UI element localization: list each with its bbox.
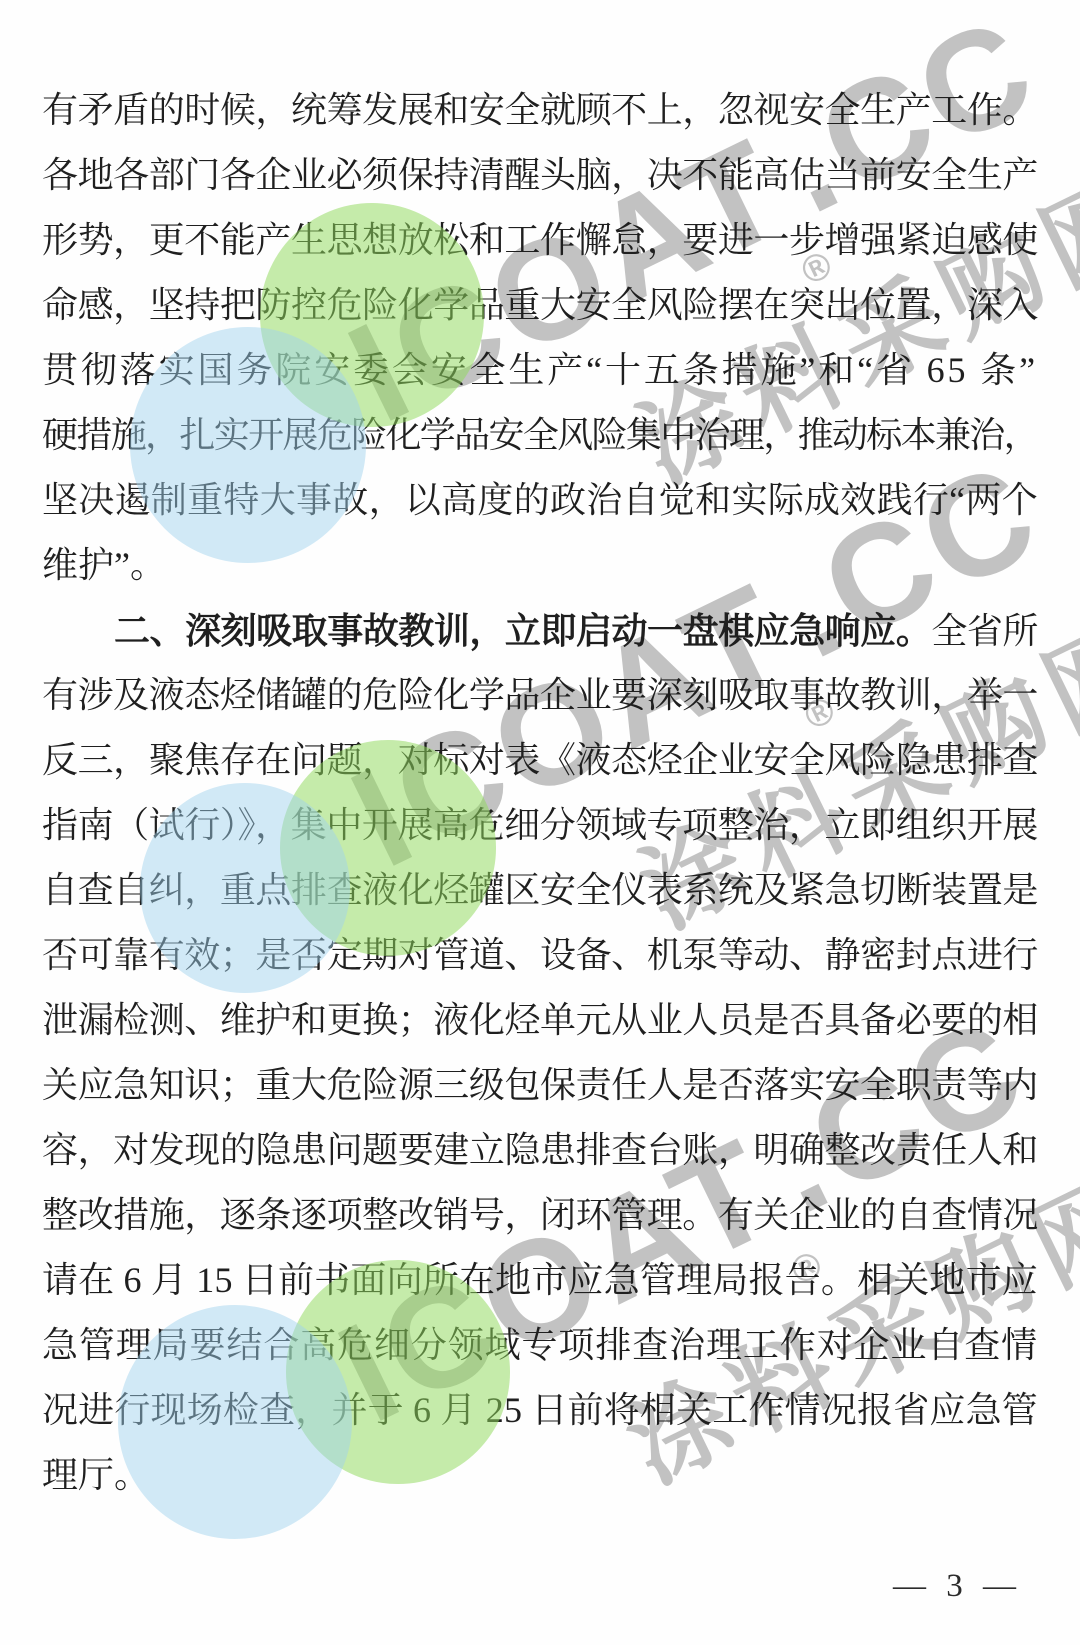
text-line: 维护”。 xyxy=(42,533,1038,598)
text-line: 二、深刻吸取事故教训，立即启动一盘棋应急响应。全省所 xyxy=(42,598,1038,663)
body-text: 各地各部门各企业必须保持清醒头脑，决不能高估当前安全生产 xyxy=(42,155,1038,195)
body-text: 坚决遏制重特大事故，以高度的政治自觉和实际成效践行“两个 xyxy=(42,480,1038,520)
text-line: 硬措施，扎实开展危险化学品安全风险集中治理，推动标本兼治， xyxy=(42,403,1038,468)
document-body: 有矛盾的时候，统筹发展和安全就顾不上，忽视安全生产工作。各地各部门各企业必须保持… xyxy=(42,78,1038,1508)
body-text: 命感，坚持把防控危险化学品重大安全风险摆在突出位置，深入 xyxy=(42,285,1038,325)
page-number: — 3 — xyxy=(893,1568,1022,1605)
text-line: 有矛盾的时候，统筹发展和安全就顾不上，忽视安全生产工作。 xyxy=(42,78,1038,143)
text-line: 况进行现场检查，并于 6 月 25 日前将相关工作情况报省应急管 xyxy=(42,1378,1038,1443)
body-text: 维护”。 xyxy=(42,545,166,585)
body-text: 整改措施，逐条逐项整改销号，闭环管理。有关企业的自查情况 xyxy=(42,1195,1038,1235)
text-line: 整改措施，逐条逐项整改销号，闭环管理。有关企业的自查情况 xyxy=(42,1183,1038,1248)
text-line: 贯彻落实国务院安委会安全生产“十五条措施”和“省 65 条” xyxy=(42,338,1038,403)
body-text: 指南（试行）》，集中开展高危细分领域专项整治，立即组织开展 xyxy=(42,805,1038,845)
body-text: 请在 6 月 15 日前书面向所在地市应急管理局报告。相关地市应 xyxy=(42,1260,1038,1300)
text-line: 急管理局要结合高危细分领域专项排查治理工作对企业自查情 xyxy=(42,1313,1038,1378)
body-text: 否可靠有效；是否定期对管道、设备、机泵等动、静密封点进行 xyxy=(42,935,1038,975)
text-line: 容，对发现的隐患问题要建立隐患排查台账，明确整改责任人和 xyxy=(42,1118,1038,1183)
body-text: 急管理局要结合高危细分领域专项排查治理工作对企业自查情 xyxy=(42,1325,1038,1365)
body-text: 理厅。 xyxy=(42,1455,150,1495)
body-text: 有涉及液态烃储罐的危险化学品企业要深刻吸取事故教训，举一 xyxy=(42,675,1038,715)
text-line: 反三，聚焦存在问题，对标对表《液态烃企业安全风险隐患排查 xyxy=(42,728,1038,793)
text-line: 泄漏检测、维护和更换；液化烃单元从业人员是否具备必要的相 xyxy=(42,988,1038,1053)
body-text: 泄漏检测、维护和更换；液化烃单元从业人员是否具备必要的相 xyxy=(42,1000,1038,1040)
body-text: 贯彻落实国务院安委会安全生产“十五条措施”和“省 65 条” xyxy=(42,350,1038,390)
body-text: 自查自纠，重点排查液化烃罐区安全仪表系统及紧急切断装置是 xyxy=(42,870,1038,910)
body-text: 关应急知识；重大危险源三级包保责任人是否落实安全职责等内 xyxy=(42,1065,1038,1105)
body-text: 有矛盾的时候，统筹发展和安全就顾不上，忽视安全生产工作。 xyxy=(42,90,1038,130)
body-text: 容，对发现的隐患问题要建立隐患排查台账，明确整改责任人和 xyxy=(42,1130,1038,1170)
text-line: 坚决遏制重特大事故，以高度的政治自觉和实际成效践行“两个 xyxy=(42,468,1038,533)
text-line: 指南（试行）》，集中开展高危细分领域专项整治，立即组织开展 xyxy=(42,793,1038,858)
text-line: 否可靠有效；是否定期对管道、设备、机泵等动、静密封点进行 xyxy=(42,923,1038,988)
body-text: 况进行现场检查，并于 6 月 25 日前将相关工作情况报省应急管 xyxy=(42,1390,1038,1430)
heading-text: 二、深刻吸取事故教训，立即启动一盘棋应急响应。 xyxy=(114,610,931,651)
body-text: 硬措施，扎实开展危险化学品安全风险集中治理，推动标本兼治， xyxy=(42,415,1038,455)
body-text: 形势，更不能产生思想放松和工作懈怠，要进一步增强紧迫感使 xyxy=(42,220,1038,260)
text-line: 各地各部门各企业必须保持清醒头脑，决不能高估当前安全生产 xyxy=(42,143,1038,208)
text-line: 请在 6 月 15 日前书面向所在地市应急管理局报告。相关地市应 xyxy=(42,1248,1038,1313)
body-text: 反三，聚焦存在问题，对标对表《液态烃企业安全风险隐患排查 xyxy=(42,740,1038,780)
document-page: ICOAT®.CC 涂料采购网 ICOAT®.CC 涂料采购网 ICOAT®.C… xyxy=(0,0,1080,1645)
text-line: 自查自纠，重点排查液化烃罐区安全仪表系统及紧急切断装置是 xyxy=(42,858,1038,923)
body-text: 全省所 xyxy=(931,611,1038,651)
text-line: 有涉及液态烃储罐的危险化学品企业要深刻吸取事故教训，举一 xyxy=(42,663,1038,728)
text-line: 关应急知识；重大危险源三级包保责任人是否落实安全职责等内 xyxy=(42,1053,1038,1118)
text-line: 命感，坚持把防控危险化学品重大安全风险摆在突出位置，深入 xyxy=(42,273,1038,338)
text-line: 理厅。 xyxy=(42,1443,1038,1508)
text-line: 形势，更不能产生思想放松和工作懈怠，要进一步增强紧迫感使 xyxy=(42,208,1038,273)
